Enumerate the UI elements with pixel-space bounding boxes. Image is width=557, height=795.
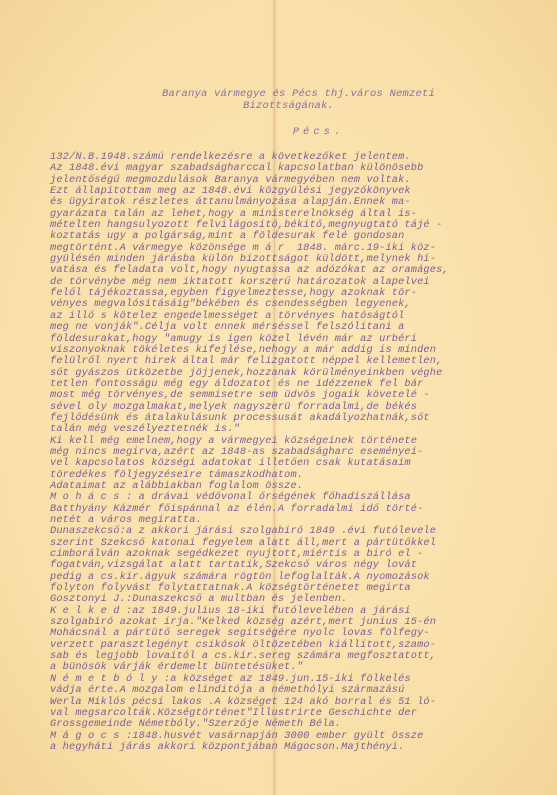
text-line: Az 1848.évi magyar szabadságharccal kapc…: [50, 163, 520, 174]
text-line: vádja érte.A mozgalom elinditója a német…: [50, 685, 520, 696]
text-line: talán még veszélyeztetnék is.": [50, 424, 520, 435]
addressee-line-2: Bizottságának.: [0, 100, 557, 112]
addressee-city: Pécs.: [0, 126, 557, 138]
document-header: Baranya vármegye és Pécs thj.város Nemze…: [0, 88, 557, 138]
text-line: meg ne vonják".Célja volt ennek mérsésse…: [50, 322, 520, 333]
text-line: Dunaszekcső:a z akkori járási szolgabiró…: [50, 526, 520, 537]
text-line: Grossgemeinde Németbóly."Szerzője Németh…: [50, 719, 520, 730]
scanned-page: Baranya vármegye és Pécs thj.város Nemze…: [0, 0, 557, 795]
text-line: M o h á c s : a drávai védővonal őrségén…: [50, 492, 520, 503]
addressee-line-1: Baranya vármegye és Pécs thj.város Nemze…: [0, 88, 557, 100]
text-line: vel kapcsolatos községi adatokat illetőe…: [50, 458, 520, 469]
document-body: 132/N.B.1948.számú rendelkezésre a követ…: [50, 152, 520, 753]
text-line: most még törvényes,de semmisetre sem üdv…: [50, 390, 520, 401]
text-line: felülről nyert hirek által már felizgato…: [50, 356, 520, 367]
text-line: a hegyháti járás akkori központjában Mág…: [50, 742, 520, 753]
